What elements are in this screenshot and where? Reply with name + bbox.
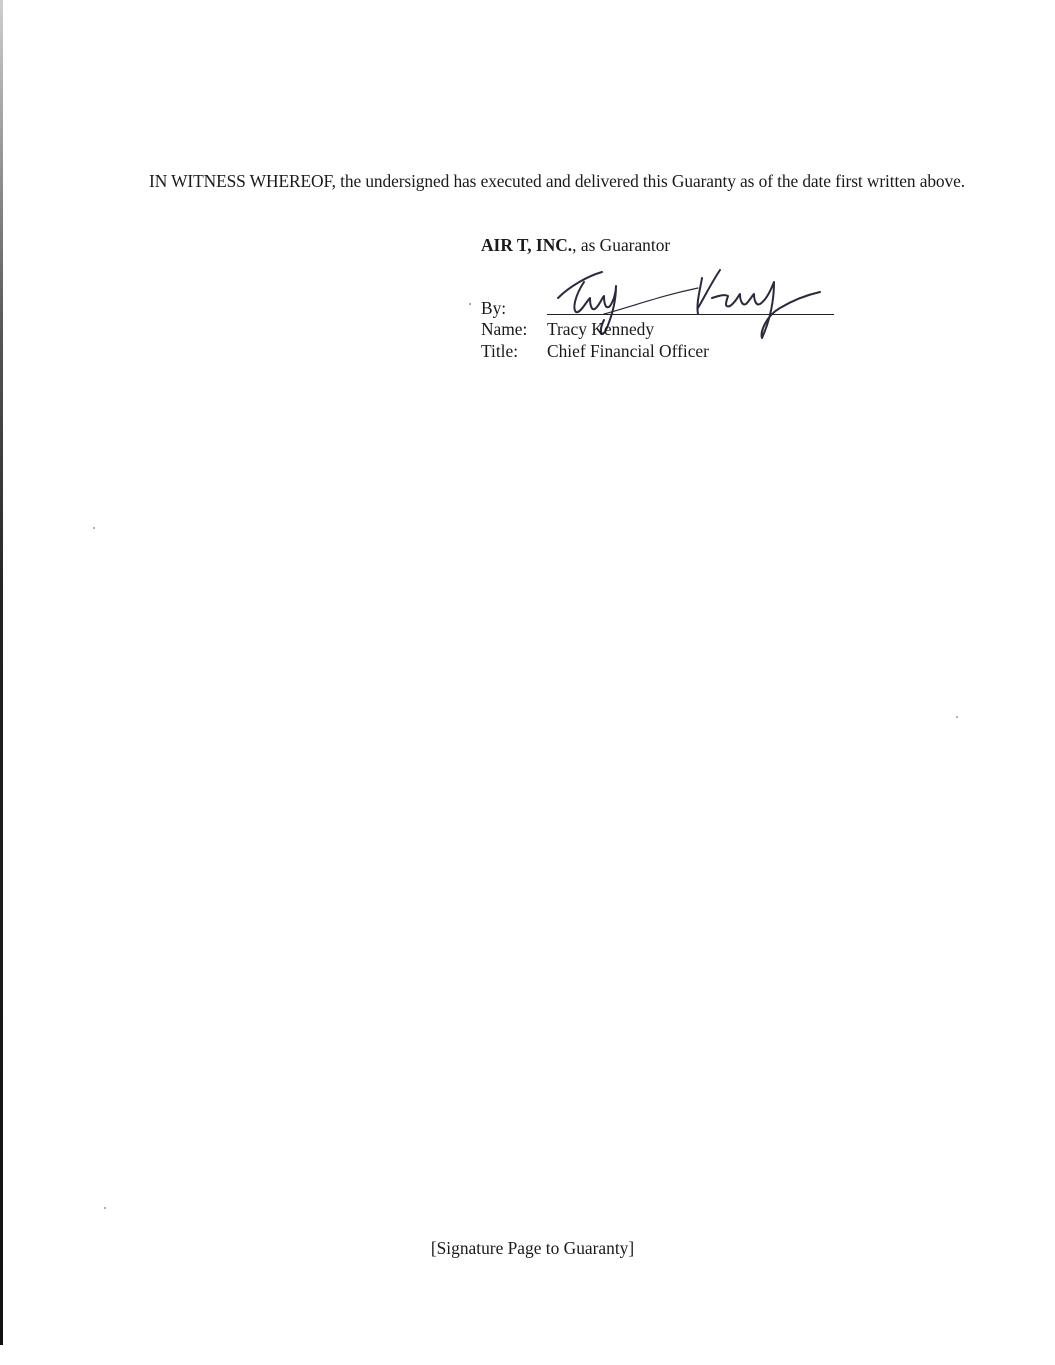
scan-speck <box>956 716 958 718</box>
scan-edge <box>0 0 3 1345</box>
title-row: Title:Chief Financial Officer <box>481 340 709 362</box>
witness-text: IN WITNESS WHEREOF, the undersigned has … <box>149 171 965 191</box>
guarantor-company: AIR T, INC. <box>481 235 572 255</box>
by-row: By: <box>481 297 547 319</box>
guarantor-heading: AIR T, INC., as Guarantor <box>481 234 670 256</box>
title-label: Title: <box>481 340 547 362</box>
title-value: Chief Financial Officer <box>547 341 709 361</box>
name-value: Tracy Kennedy <box>547 319 654 339</box>
scan-speck <box>93 527 95 529</box>
name-label: Name: <box>481 318 547 340</box>
guarantor-role: , as Guarantor <box>572 235 670 255</box>
name-row: Name:Tracy Kennedy <box>481 318 654 340</box>
scan-speck <box>104 1207 106 1209</box>
scan-speck <box>469 303 471 305</box>
page-footer: [Signature Page to Guaranty] <box>0 1237 1055 1259</box>
witness-paragraph: IN WITNESS WHEREOF, the undersigned has … <box>91 169 981 193</box>
by-label: By: <box>481 297 547 319</box>
